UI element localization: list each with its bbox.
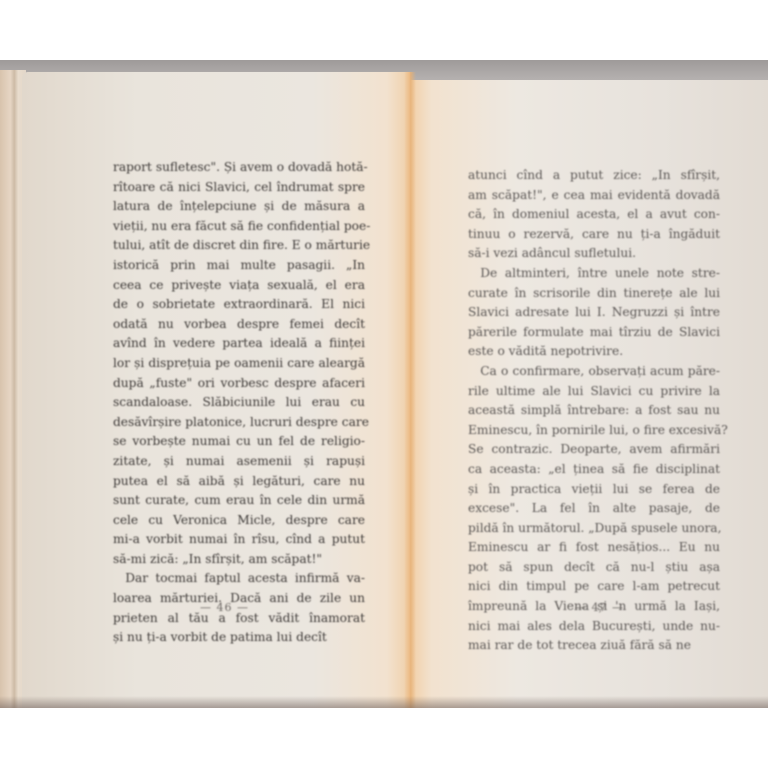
text-line: raport sufletesc". Și avem o dovadă hotă… bbox=[113, 158, 365, 178]
text-line: se vorbește numai cu un fel de religio- bbox=[113, 432, 365, 452]
text-line: și în practica vieții lui se ferea de bbox=[468, 480, 720, 500]
text-line: putea el să aibă și legături, care nu bbox=[113, 472, 365, 492]
book-gutter bbox=[404, 72, 416, 708]
text-line: sunt curate, cum erau în cele din urmă bbox=[113, 491, 365, 511]
text-line: nici din timpul pe care l-am petrecut bbox=[468, 577, 720, 597]
text-line: zitate, și numai asemenii și rapuși bbox=[113, 452, 365, 472]
text-line: această simplă întrebare: a fost sau nu bbox=[468, 401, 720, 421]
text-line: tinuu o rezervă, care nu ți-a îngăduit bbox=[468, 225, 720, 245]
text-line: rile ultime ale lui Slavici cu privire l… bbox=[468, 382, 720, 402]
text-line: Eminescu, în pornirile lui, o fire exces… bbox=[468, 421, 720, 441]
text-line: curate în scrisorile din tinerețe ale lu… bbox=[468, 284, 720, 304]
text-line: pildă în următorul. „După spusele unora, bbox=[468, 519, 720, 539]
right-page-text: atunci cînd a putut zice: „In sfîrșit,am… bbox=[468, 166, 720, 656]
text-line: vieții, nu era făcut să fie confidențial… bbox=[113, 217, 365, 237]
text-line: Ca o confirmare, observați acum păre- bbox=[468, 362, 720, 382]
text-line: de o sobrietate extraordinară. El nici bbox=[113, 295, 365, 315]
text-line: tului, atît de discret din fire. E o măr… bbox=[113, 236, 365, 256]
text-line: latura de înțelepciune și de măsura a bbox=[113, 197, 365, 217]
text-line: De altminteri, între unele note stre- bbox=[468, 264, 720, 284]
text-line: pot să spun decît că nu-l știu așa bbox=[468, 558, 720, 578]
text-line: ceea ce privește viața sexuală, el era bbox=[113, 276, 365, 296]
right-page-number: — 47 — bbox=[575, 601, 624, 614]
text-line: mi-a vorbit numai în rîsu, cînd a putut bbox=[113, 530, 365, 550]
text-line: excese". La fel în alte pasaje, de bbox=[468, 499, 720, 519]
text-line: istorică prin mai multe pasagii. „In bbox=[113, 256, 365, 276]
text-line: desăvîrșire platonice, lucruri despre ca… bbox=[113, 413, 365, 433]
book-photo: raport sufletesc". Și avem o dovadă hotă… bbox=[0, 60, 768, 708]
text-line: că, în domeniul acesta, el a avut con- bbox=[468, 205, 720, 225]
text-line: avînd în vedere partea ideală a ființei bbox=[113, 334, 365, 354]
text-line: este o vădită nepotrivire. bbox=[468, 342, 720, 362]
text-line: odată nu vorbea despre femei decît bbox=[113, 315, 365, 335]
left-page-number: — 46 — bbox=[200, 601, 249, 614]
text-line: Eminescu ar fi fost nesățios... Eu nu bbox=[468, 538, 720, 558]
text-line: am scăpat!", e cea mai evidentă dovadă bbox=[468, 186, 720, 206]
text-line: după „fuste" ori vorbesc despre afaceri bbox=[113, 374, 365, 394]
text-line: rîtoare că nici Slavici, cel îndrumat sp… bbox=[113, 178, 365, 198]
text-line: și nu ți-a vorbit de patima lui decît bbox=[113, 628, 365, 648]
text-line: să-i vezi adâncul sufletului. bbox=[468, 244, 720, 264]
text-line: Se contrazic. Deoparte, avem afirmări bbox=[468, 440, 720, 460]
text-line: ca aceasta: „el ținea să fie disciplinat bbox=[468, 460, 720, 480]
text-line: nici mai ales dela București, unde nu- bbox=[468, 617, 720, 637]
text-line: Dar tocmai faptul acesta infirmă va- bbox=[113, 569, 365, 589]
text-line: scandaloase. Slăbiciunile lui erau cu bbox=[113, 393, 365, 413]
text-line: să-mi zică: „In sfîrșit, am scăpat!" bbox=[113, 550, 365, 570]
text-line: lor și disprețuia pe oamenii care alearg… bbox=[113, 354, 365, 374]
text-line: părerile formulate mai tîrziu de Slavici bbox=[468, 323, 720, 343]
text-line: mai rar de tot trecea ziuă fără să ne bbox=[468, 636, 720, 656]
text-line: atunci cînd a putut zice: „In sfîrșit, bbox=[468, 166, 720, 186]
text-line: cele cu Veronica Micle, despre care bbox=[113, 511, 365, 531]
left-page-text: raport sufletesc". Și avem o dovadă hotă… bbox=[113, 158, 365, 648]
text-line: Slavici adresate lui I. Negruzzi și într… bbox=[468, 303, 720, 323]
page-bottom-shadow bbox=[0, 696, 768, 708]
